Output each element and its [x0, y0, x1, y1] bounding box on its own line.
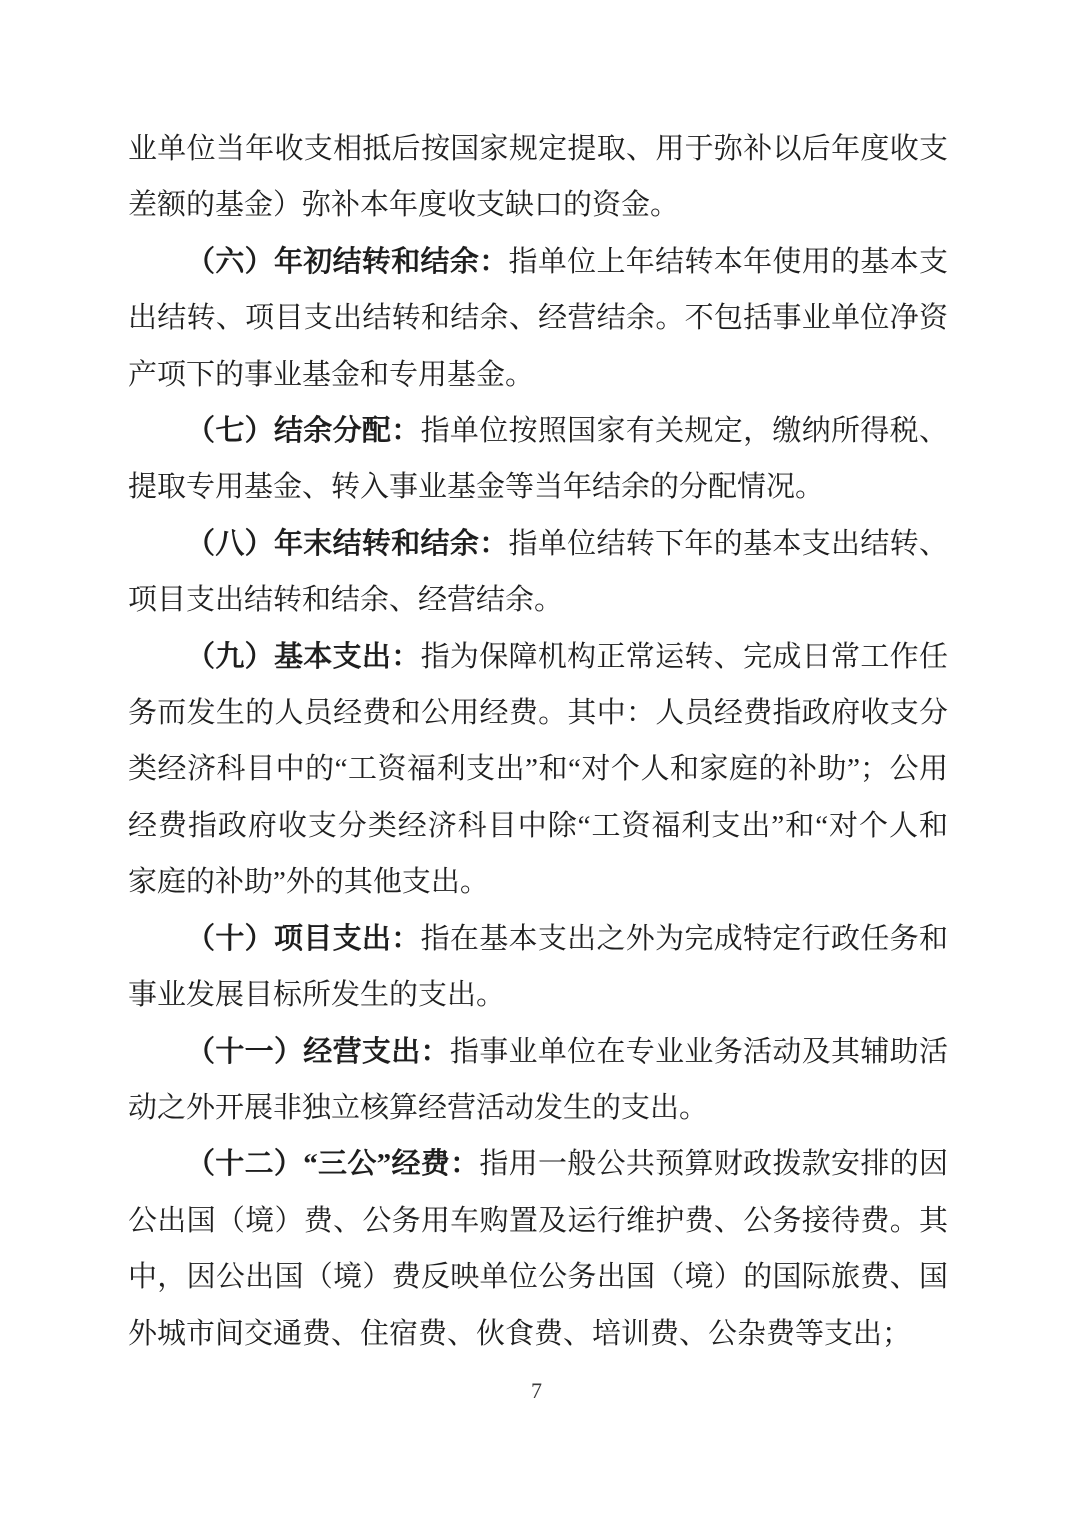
clause-6-heading: （六）年初结转和结余：	[186, 246, 509, 278]
paragraph-clause-11: （十一）经营支出：指事业单位在专业业务活动及其辅助活动之外开展非独立核算经营活动…	[128, 1024, 948, 1137]
paragraph-continuation: 业单位当年收支相抵后按国家规定提取、用于弥补以后年度收支差额的基金）弥补本年度收…	[128, 121, 948, 234]
paragraph-clause-7: （七）结余分配：指单位按照国家有关规定，缴纳所得税、提取专用基金、转入事业基金等…	[128, 403, 948, 516]
paragraph-clause-12: （十二）“三公”经费：指用一般公共预算财政拨款安排的因公出国（境）费、公务用车购…	[128, 1136, 948, 1362]
paragraph-clause-8: （八）年末结转和结余：指单位结转下年的基本支出结转、项目支出结转和结余、经营结余…	[128, 516, 948, 629]
document-text: 业单位当年收支相抵后按国家规定提取、用于弥补以后年度收支差额的基金）弥补本年度收…	[128, 121, 948, 1362]
document-page: 业单位当年收支相抵后按国家规定提取、用于弥补以后年度收支差额的基金）弥补本年度收…	[0, 0, 1074, 1520]
paragraph-clause-9: （九）基本支出：指为保障机构正常运转、完成日常工作任务而发生的人员经费和公用经费…	[128, 629, 948, 911]
clause-8-heading: （八）年末结转和结余：	[186, 528, 509, 560]
page-number: 7	[531, 1378, 543, 1403]
clause-7-heading: （七）结余分配：	[186, 415, 421, 447]
page-footer: 7	[0, 1378, 1074, 1404]
clause-9-text: 指为保障机构正常运转、完成日常工作任务而发生的人员经费和公用经费。其中：人员经费…	[128, 641, 948, 899]
clause-9-heading: （九）基本支出：	[186, 641, 421, 673]
clause-10-heading: （十）项目支出：	[186, 923, 421, 955]
paragraph-clause-10: （十）项目支出：指在基本支出之外为完成特定行政任务和事业发展目标所发生的支出。	[128, 911, 948, 1024]
paragraph-continuation-text: 业单位当年收支相抵后按国家规定提取、用于弥补以后年度收支差额的基金）弥补本年度收…	[128, 133, 948, 221]
clause-11-heading: （十一）经营支出：	[186, 1036, 450, 1068]
clause-12-heading: （十二）“三公”经费：	[186, 1148, 479, 1180]
paragraph-clause-6: （六）年初结转和结余：指单位上年结转本年使用的基本支出结转、项目支出结转和结余、…	[128, 234, 948, 403]
